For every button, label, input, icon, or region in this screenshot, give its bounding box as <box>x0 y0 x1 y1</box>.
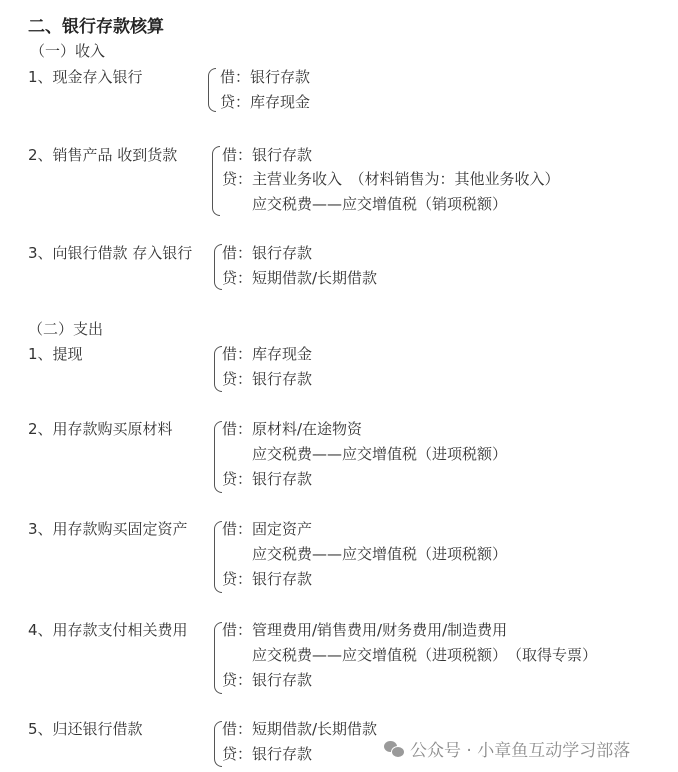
entry-line: 应交税费——应交增值税（销项税额） <box>222 193 507 214</box>
brace <box>214 421 222 493</box>
brace <box>214 244 222 290</box>
brace <box>214 721 222 767</box>
entry-label: 1、现金存入银行 <box>28 66 143 87</box>
entry-line: 应交税费——应交增值税（进项税额） <box>222 543 507 564</box>
entry-label: 4、用存款支付相关费用 <box>28 619 188 640</box>
entry-label: 3、用存款购买固定资产 <box>28 518 188 539</box>
brace <box>208 68 216 112</box>
entry-line: 贷：银行存款 <box>222 743 312 764</box>
entry-line: 贷：主营业务收入 （材料销售为：其他业务收入） <box>222 168 560 189</box>
entry-line: 贷：银行存款 <box>222 368 312 389</box>
entry-label: 2、销售产品 收到货款 <box>28 144 177 165</box>
wechat-icon <box>384 741 404 757</box>
page-title: 二、银行存款核算 <box>28 12 164 37</box>
entry-line: 应交税费——应交增值税（进项税额） <box>222 443 507 464</box>
entry-line: 贷：银行存款 <box>222 468 312 489</box>
section-heading-income: （一）收入 <box>30 40 105 61</box>
entry-line: 借：银行存款 <box>220 66 310 87</box>
entry-label: 3、向银行借款 存入银行 <box>28 242 192 263</box>
brace <box>214 521 222 593</box>
entry-line: 借：银行存款 <box>222 242 312 263</box>
brace <box>214 346 222 392</box>
entry-line: 借：银行存款 <box>222 144 312 165</box>
entry-line: 贷：短期借款/长期借款 <box>222 267 377 288</box>
entry-line: 借：管理费用/销售费用/财务费用/制造费用 <box>222 619 507 640</box>
brace <box>212 146 220 216</box>
entry-label: 1、提现 <box>28 343 83 364</box>
section-heading-expense: （二）支出 <box>28 318 103 339</box>
entry-line: 借：库存现金 <box>222 343 312 364</box>
entry-label: 5、归还银行借款 <box>28 718 143 739</box>
brace <box>214 622 222 694</box>
entry-label: 2、用存款购买原材料 <box>28 418 173 439</box>
entry-line: 借：短期借款/长期借款 <box>222 718 377 739</box>
entry-line: 借：原材料/在途物资 <box>222 418 362 439</box>
watermark: 公众号 · 小章鱼互动学习部落 <box>384 736 630 761</box>
entry-line: 贷：银行存款 <box>222 568 312 589</box>
entry-line: 贷：银行存款 <box>222 669 312 690</box>
entry-line: 借：固定资产 <box>222 518 312 539</box>
entry-line: 应交税费——应交增值税（进项税额） （取得专票） <box>222 644 597 665</box>
watermark-text: 公众号 · 小章鱼互动学习部落 <box>410 736 630 761</box>
entry-line: 贷：库存现金 <box>220 91 310 112</box>
